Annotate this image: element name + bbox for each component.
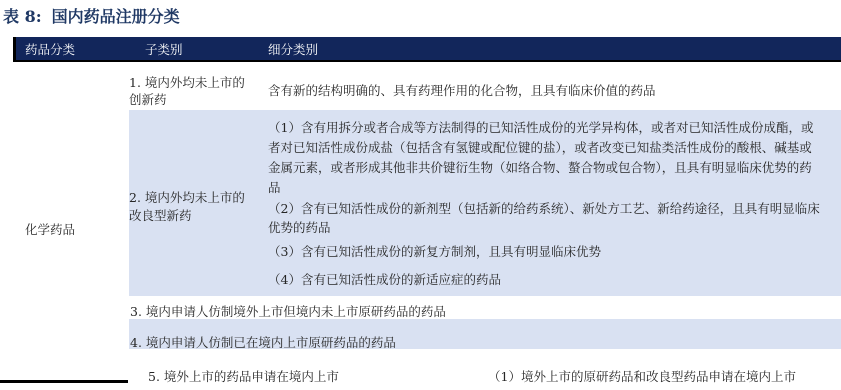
subcategory-5: 5. 境外上市的药品申请在境内上市: [148, 369, 339, 385]
table-number-label: 表 8:: [3, 7, 42, 26]
detail-1-1: 含有新的结构明确的、具有药理作用的化合物，且具有临床价值的药品: [268, 83, 826, 99]
table-header-row: 药品分类 子类别 细分类别: [13, 37, 841, 62]
subcategory-4: 4. 境内申请人仿制已在境内上市原研药品的药品: [130, 335, 396, 351]
header-subcategory: 子类别: [145, 37, 183, 60]
table-title-text: 国内药品注册分类: [52, 7, 180, 26]
table-title: 表 8:国内药品注册分类: [3, 4, 180, 27]
detail-2-2: （2）含有已知活性成份的新剂型（包括新的给药系统）、新处方工艺、新给药途径，且具…: [268, 199, 824, 237]
detail-2-4: （4）含有已知活性成份的新适应症的药品: [268, 272, 826, 288]
detail-5-1: （1）境外上市的原研药品和改良型药品申请在境内上市: [488, 369, 796, 385]
header-drug-category: 药品分类: [25, 37, 75, 60]
bottom-rule-line: [0, 380, 128, 383]
report-table-page: 表 8:国内药品注册分类 药品分类 子类别 细分类别 化学药品 1. 境内外均未…: [0, 0, 841, 390]
header-detail-category: 细分类别: [268, 37, 318, 60]
subcategory-1: 1. 境内外均未上市的创新药: [129, 74, 245, 108]
subcategory-3: 3. 境内申请人仿制境外上市但境内未上市原研药品的药品: [130, 304, 446, 320]
detail-2-1: （1）含有用拆分或者合成等方法制得的已知活性成份的光学异构体，或者对已知活性成份…: [268, 118, 824, 198]
subcategory-2: 2. 境内外均未上市的改良型新药: [129, 189, 245, 225]
detail-2-3: （3）含有已知活性成份的新复方制剂，且具有明显临床优势: [268, 244, 826, 260]
category-cell: 化学药品: [25, 222, 75, 238]
